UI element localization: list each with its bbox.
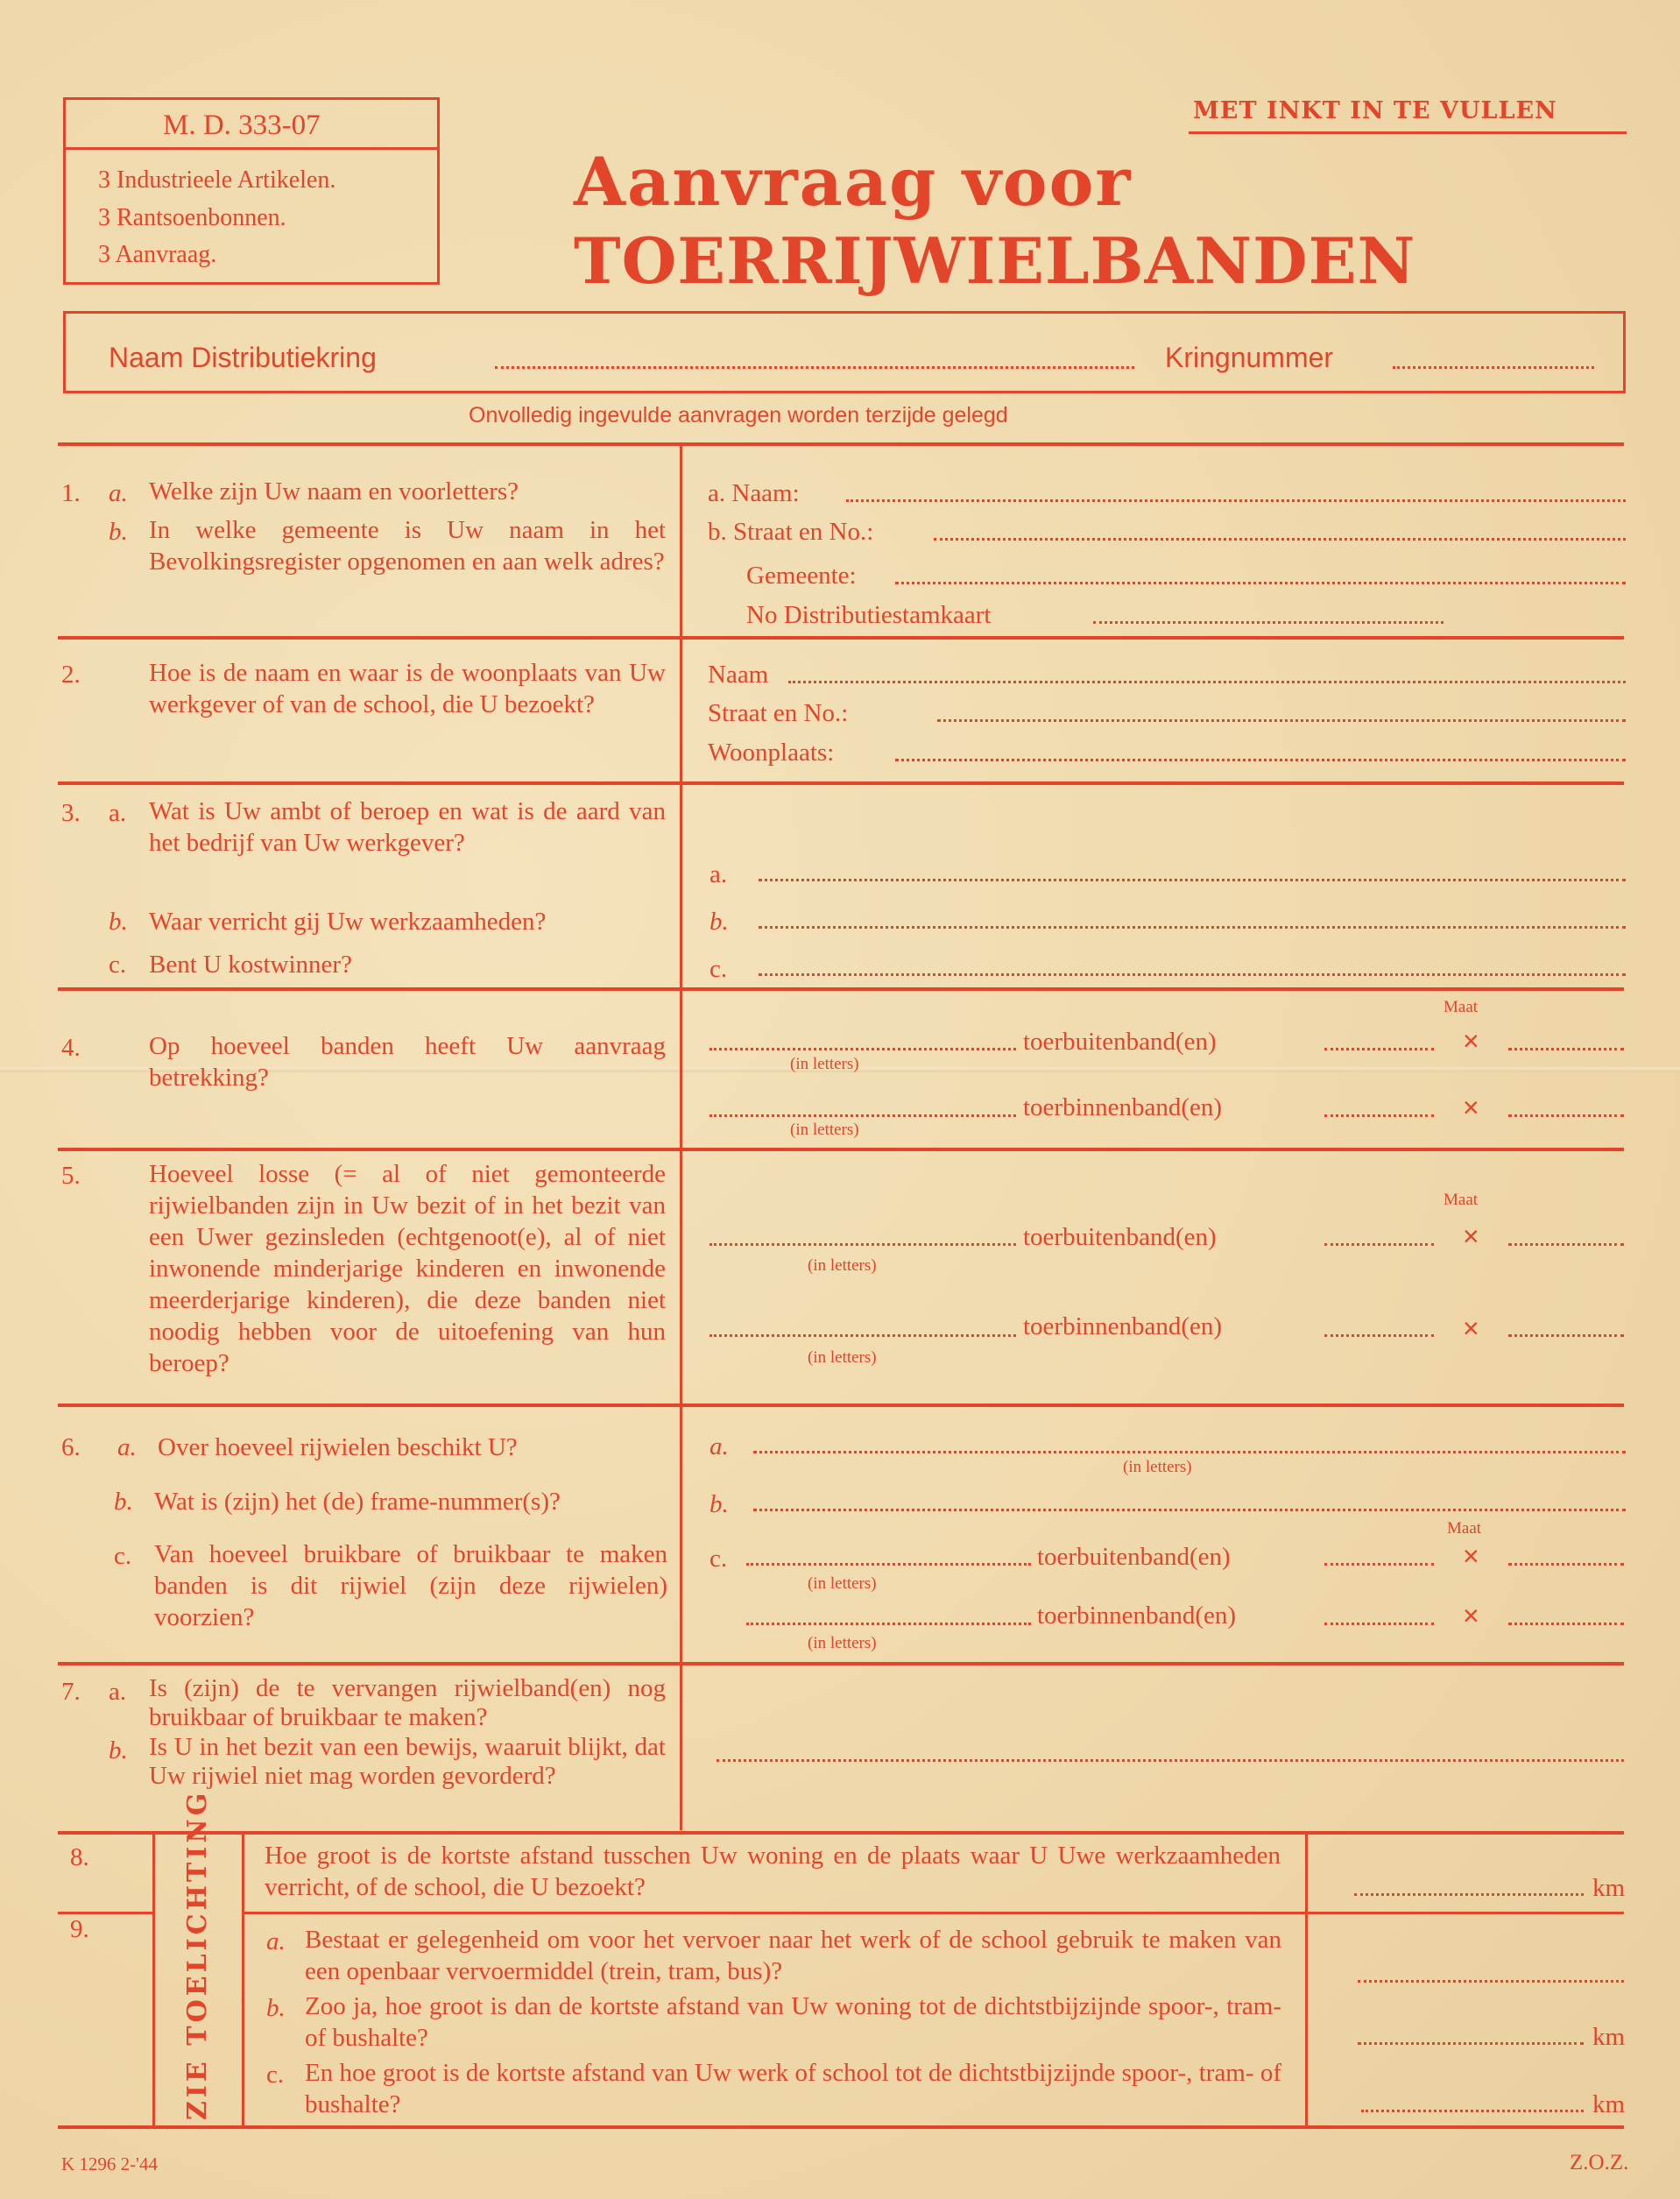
q3-a-field-marker: a. (709, 862, 727, 887)
q8-q9-divider-right (242, 1912, 1624, 1914)
q4-inner-count-field[interactable] (709, 1114, 1016, 1117)
q7-b-marker: b. (109, 1738, 128, 1764)
q2-name-label: Naam (708, 662, 768, 688)
district-number-label: Kringnummer (1165, 343, 1333, 371)
q1-municipality-field[interactable] (895, 582, 1626, 584)
q6-inner-label: toerbinnenband(en) (1037, 1603, 1236, 1629)
q9-b-marker: b. (266, 1996, 286, 2021)
copies-line-3: 3 Aanvraag. (98, 243, 216, 267)
q7-answer-field[interactable] (716, 1759, 1624, 1762)
q4-inner-in-letters: (in letters) (790, 1121, 859, 1138)
q6-outer-in-letters: (in letters) (808, 1575, 877, 1592)
table-bottom-border (58, 2125, 1624, 2129)
q3-a-marker: a. (109, 801, 126, 826)
q9-b-distance-field[interactable] (1358, 2042, 1584, 2045)
q9-a-marker: a. (266, 1929, 286, 1955)
q4-outer-count-field[interactable] (709, 1048, 1016, 1050)
q9-number: 9. (70, 1917, 89, 1942)
q6-outer-label: toerbuitenband(en) (1037, 1545, 1231, 1570)
q2-question: Hoe is de naam en waar is de woonplaats … (149, 657, 666, 720)
ink-notice-underline (1189, 131, 1627, 134)
q2-street-label: Straat en No.: (708, 701, 848, 726)
q5-size-label: Maat (1444, 1191, 1478, 1208)
q6-a-field[interactable] (753, 1451, 1626, 1453)
q6-inner-size-field-1[interactable] (1324, 1623, 1434, 1625)
q9-a-field[interactable] (1358, 1980, 1624, 1983)
q8-question: Hoe groot is de kortste afstand tusschen… (265, 1840, 1281, 1903)
q6-a-field-marker: a. (709, 1434, 729, 1460)
q4-number: 4. (61, 1036, 81, 1061)
q3-c-question: Bent U kostwinner? (149, 952, 352, 978)
q4-inner-label: toerbinnenband(en) (1023, 1095, 1222, 1121)
q1-number: 1. (61, 481, 81, 506)
row-divider-6 (58, 1662, 1624, 1665)
q4-outer-size-field-1[interactable] (1324, 1048, 1434, 1050)
row-divider-3 (58, 987, 1624, 991)
q6-inner-size-field-2[interactable] (1508, 1623, 1624, 1625)
copies-line-2: 3 Rantsoenbonnen. (98, 206, 286, 230)
q2-residence-field[interactable] (895, 759, 1626, 761)
q2-name-field[interactable] (788, 681, 1626, 683)
q9-c-marker: c. (266, 2062, 284, 2088)
title-line-1: Aanvraag voor (574, 149, 1132, 216)
q7-a-marker: a. (109, 1679, 126, 1705)
row-divider-1 (58, 636, 1624, 640)
q6-c-inner-count-field[interactable] (746, 1623, 1031, 1625)
see-explanation-side-label: ZIE TOELICHTING (182, 1790, 213, 2120)
district-name-label: Naam Distributiekring (109, 343, 377, 371)
row-divider-4 (58, 1148, 1624, 1151)
form-code-divider (63, 147, 440, 150)
q6-b-marker: b. (114, 1489, 133, 1515)
q6-c-field-marker: c. (709, 1546, 727, 1572)
q3-b-field[interactable] (759, 926, 1626, 929)
q6-c-marker: c. (114, 1544, 131, 1569)
q4-outer-times-icon: × (1463, 1027, 1479, 1055)
row-divider-5 (58, 1404, 1624, 1407)
q5-inner-in-letters: (in letters) (808, 1349, 877, 1366)
q6-a-marker: a. (117, 1435, 137, 1460)
q4-inner-size-field-2[interactable] (1508, 1114, 1624, 1117)
q3-a-question: Wat is Uw ambt of beroep en wat is de aa… (149, 795, 666, 859)
q3-b-field-marker: b. (709, 909, 729, 935)
q7-number: 7. (61, 1679, 81, 1705)
km-column-divider (1305, 1831, 1308, 2125)
q2-residence-label: Woonplaats: (708, 740, 834, 766)
q5-outer-label: toerbuitenband(en) (1023, 1225, 1217, 1250)
q1-municipality-label: Gemeente: (746, 563, 857, 589)
q1-name-label: a. Naam: (708, 481, 800, 506)
q9-c-distance-field[interactable] (1361, 2110, 1584, 2112)
q1-card-label: No Distributiestamkaart (746, 603, 991, 628)
q2-street-field[interactable] (937, 719, 1626, 722)
q4-inner-times-icon: × (1463, 1093, 1479, 1121)
table-top-border (58, 442, 1624, 446)
q6-c-outer-count-field[interactable] (746, 1563, 1031, 1566)
q3-a-field[interactable] (759, 879, 1626, 881)
q5-outer-count-field[interactable] (709, 1243, 1016, 1246)
q9-a-question: Bestaat er gelegenheid om voor het vervo… (305, 1924, 1281, 1987)
q6-outer-size-field-2[interactable] (1508, 1563, 1624, 1566)
q5-inner-count-field[interactable] (709, 1334, 1016, 1337)
q6-b-question: Wat is (zijn) het (de) frame-nummer(s)? (154, 1489, 561, 1515)
q7-b-question: Is U in het bezit van een bewijs, waarui… (149, 1733, 666, 1791)
q6-outer-size-field-1[interactable] (1324, 1563, 1434, 1566)
column-divider (680, 442, 682, 1830)
q1-name-field[interactable] (846, 499, 1626, 502)
q6-a-in-letters: (in letters) (1123, 1459, 1192, 1475)
q6-number: 6. (61, 1435, 81, 1460)
incomplete-warning: Onvolledig ingevulde aanvragen worden te… (469, 405, 1008, 427)
q4-inner-size-field-1[interactable] (1324, 1114, 1434, 1117)
q7-a-question: Is (zijn) de te vervangen rijwielband(en… (149, 1674, 666, 1732)
q8-unit: km (1592, 1876, 1625, 1901)
q4-outer-in-letters: (in letters) (790, 1056, 859, 1072)
copies-line-1: 3 Industrieele Artikelen. (98, 168, 335, 193)
q6-size-label: Maat (1447, 1520, 1481, 1537)
q9-b-question: Zoo ja, hoe groot is dan de kortste afst… (305, 1990, 1281, 2054)
q3-number: 3. (61, 801, 81, 826)
q5-inner-label: toerbinnenband(en) (1023, 1314, 1222, 1340)
q6-c-question: Van hoeveel bruikbare of bruikbaar te ma… (154, 1538, 667, 1633)
form-code: M. D. 333-07 (163, 111, 321, 140)
q6-inner-in-letters: (in letters) (808, 1635, 877, 1651)
turn-over-notice: Z.O.Z. (1570, 2152, 1628, 2174)
side-label-right-border (242, 1831, 244, 2125)
q3-c-marker: c. (109, 952, 126, 978)
q1-b-question: In welke gemeente is Uw naam in het Bevo… (149, 514, 666, 577)
q1-street-label: b. Straat en No.: (708, 520, 873, 545)
print-code: K 1296 2-'44 (61, 2155, 158, 2174)
q5-question: Hoeveel losse (= al of niet gemonteerde … (149, 1158, 666, 1379)
q9-c-question: En hoe groot is de kortste afstand van U… (305, 2057, 1281, 2120)
q6-b-field-marker: b. (709, 1492, 729, 1517)
q8-number: 8. (70, 1845, 89, 1870)
q1-a-marker: a. (109, 481, 128, 506)
title-line-2: TOERRIJWIELBANDEN (574, 230, 1415, 293)
side-label-left-border (152, 1831, 155, 2125)
q5-outer-size-field-1[interactable] (1324, 1243, 1434, 1246)
row-divider-7 (58, 1831, 1624, 1835)
q9-b-unit: km (1592, 2025, 1625, 2050)
q5-inner-times-icon: × (1463, 1314, 1479, 1342)
q1-street-field[interactable] (934, 538, 1626, 541)
row-divider-2 (58, 781, 1624, 785)
q6-a-question: Over hoeveel rijwielen beschikt U? (158, 1435, 518, 1460)
q8-q9-divider-left (58, 1912, 154, 1914)
ink-notice: MET INKT IN TE VULLEN (1193, 99, 1557, 123)
q5-inner-size-field-2[interactable] (1508, 1334, 1624, 1337)
q6-outer-times-icon: × (1463, 1542, 1479, 1570)
q5-outer-in-letters: (in letters) (808, 1257, 877, 1274)
q4-size-label: Maat (1444, 999, 1478, 1015)
q4-outer-size-field-2[interactable] (1508, 1048, 1624, 1050)
q1-a-question: Welke zijn Uw naam en voorletters? (149, 476, 666, 507)
q5-outer-times-icon: × (1463, 1222, 1479, 1250)
q4-outer-label: toerbuitenband(en) (1023, 1029, 1217, 1055)
q5-outer-size-field-2[interactable] (1508, 1243, 1624, 1246)
q3-b-marker: b. (109, 909, 128, 935)
q5-inner-size-field-1[interactable] (1324, 1334, 1434, 1337)
q1-b-marker: b. (109, 520, 128, 545)
q1-card-field[interactable] (1093, 621, 1444, 624)
q8-distance-field[interactable] (1354, 1893, 1584, 1896)
q3-c-field-marker: c. (709, 957, 727, 982)
q5-number: 5. (61, 1163, 81, 1189)
q2-number: 2. (61, 662, 81, 688)
q3-b-question: Waar verricht gij Uw werkzaamheden? (149, 909, 546, 935)
district-name-field[interactable] (495, 366, 1134, 369)
q4-question: Op hoeveel banden heeft Uw aanvraag betr… (149, 1030, 666, 1093)
q9-c-unit: km (1592, 2092, 1625, 2118)
district-number-field[interactable] (1393, 366, 1594, 369)
q6-b-field[interactable] (753, 1509, 1626, 1511)
q3-c-field[interactable] (759, 973, 1626, 976)
q6-inner-times-icon: × (1463, 1602, 1479, 1630)
